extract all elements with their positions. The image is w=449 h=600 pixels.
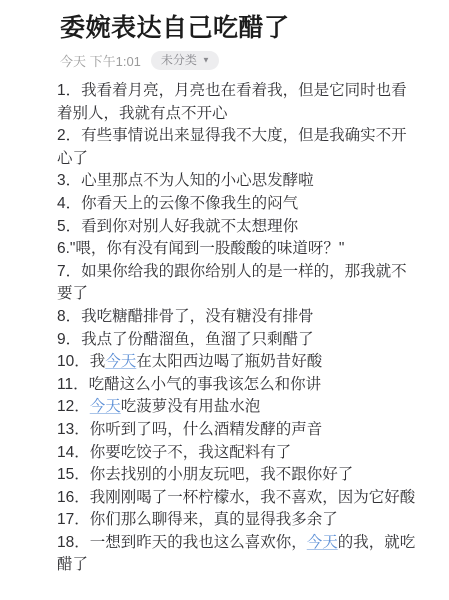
list-item: 1．我看着月亮，月亮也在看着我，但是它同时也看 着别人，我就有点不开心 xyxy=(57,80,419,125)
list-item-text: 8．我吃糖醋排骨了，没有糖没有排骨 xyxy=(57,308,314,325)
list-item-text: 18．一想到昨天的我也这么喜欢你， xyxy=(57,534,307,551)
list-item: 6."喂，你有没有闻到一股酸酸的味道呀？" xyxy=(57,238,419,261)
list-item-text: 6."喂，你有没有闻到一股酸酸的味道呀？" xyxy=(57,240,344,257)
list-item: 5．看到你对别人好我就不太想理你 xyxy=(57,216,419,239)
list-item: 10．我今天在太阳西边喝了瓶奶昔好酸 xyxy=(57,351,419,374)
list-item: 9．我点了份醋溜鱼，鱼溜了只剩醋了 xyxy=(57,329,419,352)
list-item: 11．吃醋这么小气的事我该怎么和你讲 xyxy=(57,374,419,397)
note-page: 委婉表达自己吃醋了 今天 下午1:01 未分类 ▼ 1．我看着月亮，月亮也在看着… xyxy=(0,0,449,600)
list-item-text: 10．我 xyxy=(57,353,105,370)
list-item: 4．你看天上的云像不像我生的闷气 xyxy=(57,193,419,216)
list-item: 12．今天吃菠萝没有用盐水泡 xyxy=(57,396,419,419)
today-link[interactable]: 今天 xyxy=(307,534,338,551)
note-title: 委婉表达自己吃醋了 xyxy=(60,13,419,44)
list-item-text: 11．吃醋这么小气的事我该怎么和你讲 xyxy=(57,376,321,393)
category-label: 未分类 xyxy=(161,54,197,67)
today-link[interactable]: 今天 xyxy=(105,353,136,370)
category-badge[interactable]: 未分类 ▼ xyxy=(151,51,219,70)
list-item-text: 7．如果你给我的跟你给别人的是一样的，那我就不 要了 xyxy=(57,263,407,303)
list-item: 18．一想到昨天的我也这么喜欢你，今天的我，就吃 醋了 xyxy=(57,532,419,577)
list-item: 3．心里那点不为人知的小心思发酵啦 xyxy=(57,170,419,193)
list-item: 16．我刚刚喝了一杯柠檬水，我不喜欢，因为它好酸 xyxy=(57,487,419,510)
list-item-text: 17．你们那么聊得来，真的显得我多余了 xyxy=(57,511,338,528)
list-item-text: 13．你听到了吗，什么酒精发酵的声音 xyxy=(57,421,322,438)
list-item: 14．你要吃饺子不，我这配料有了 xyxy=(57,442,419,465)
list-item-text: 吃菠萝没有用盐水泡 xyxy=(121,398,261,415)
list-item-text: 16．我刚刚喝了一杯柠檬水，我不喜欢，因为它好酸 xyxy=(57,489,415,506)
note-meta: 今天 下午1:01 未分类 ▼ xyxy=(60,50,419,70)
note-body: 1．我看着月亮，月亮也在看着我，但是它同时也看 着别人，我就有点不开心2．有些事… xyxy=(57,80,419,577)
list-item-text: 2．有些事情说出来显得我不大度，但是我确实不开 心了 xyxy=(57,127,407,167)
list-item-text: 15．你去找别的小朋友玩吧，我不跟你好了 xyxy=(57,466,353,483)
list-item: 17．你们那么聊得来，真的显得我多余了 xyxy=(57,509,419,532)
list-item-text: 9．我点了份醋溜鱼，鱼溜了只剩醋了 xyxy=(57,331,314,348)
list-item-text: 5．看到你对别人好我就不太想理你 xyxy=(57,218,298,235)
list-item-text: 4．你看天上的云像不像我生的闷气 xyxy=(57,195,298,212)
list-item-text: 12． xyxy=(57,398,90,415)
list-item-text: 3．心里那点不为人知的小心思发酵啦 xyxy=(57,172,314,189)
list-item: 7．如果你给我的跟你给别人的是一样的，那我就不 要了 xyxy=(57,261,419,306)
list-item: 2．有些事情说出来显得我不大度，但是我确实不开 心了 xyxy=(57,125,419,170)
list-item-text: 14．你要吃饺子不，我这配料有了 xyxy=(57,444,291,461)
today-link[interactable]: 今天 xyxy=(90,398,121,415)
note-timestamp: 今天 下午1:01 xyxy=(60,51,141,70)
list-item: 13．你听到了吗，什么酒精发酵的声音 xyxy=(57,419,419,442)
list-item: 15．你去找别的小朋友玩吧，我不跟你好了 xyxy=(57,464,419,487)
list-item: 8．我吃糖醋排骨了，没有糖没有排骨 xyxy=(57,306,419,329)
chevron-down-icon: ▼ xyxy=(202,57,210,65)
list-item-text: 1．我看着月亮，月亮也在看着我，但是它同时也看 着别人，我就有点不开心 xyxy=(57,82,407,122)
list-item-text: 在太阳西边喝了瓶奶昔好酸 xyxy=(136,353,322,370)
